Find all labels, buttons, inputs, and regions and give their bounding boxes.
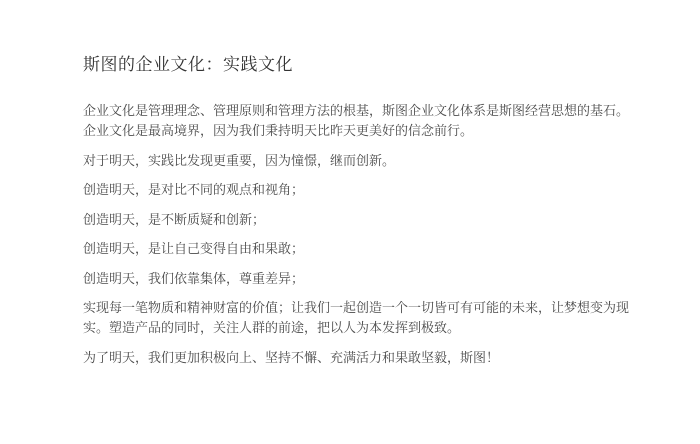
paragraph-value: 实现每一笔物质和精神财富的价值；让我们一起创造一个一切皆可有可能的未来，让梦想变… <box>83 298 630 338</box>
paragraph-create-1: 创造明天，是对比不同的观点和视角； <box>83 180 630 200</box>
document-content: 斯图的企业文化：实践文化 企业文化是管理理念、管理原则和管理方法的根基，斯图企业… <box>83 53 630 368</box>
paragraph-intro: 企业文化是管理理念、管理原则和管理方法的根基，斯图企业文化体系是斯图经营思想的基… <box>83 101 630 141</box>
document-page: 斯图的企业文化：实践文化 企业文化是管理理念、管理原则和管理方法的根基，斯图企业… <box>0 0 700 444</box>
page-title: 斯图的企业文化：实践文化 <box>83 53 630 77</box>
paragraph-create-3: 创造明天，是让自己变得自由和果敢； <box>83 239 630 259</box>
paragraph-practice: 对于明天，实践比发现更重要，因为憧憬，继而创新。 <box>83 151 630 171</box>
paragraph-create-2: 创造明天，是不断质疑和创新； <box>83 210 630 230</box>
paragraph-closing: 为了明天，我们更加积极向上、坚持不懈、充满活力和果敢坚毅，斯图！ <box>83 348 630 368</box>
paragraph-create-4: 创造明天，我们依靠集体，尊重差异； <box>83 269 630 289</box>
